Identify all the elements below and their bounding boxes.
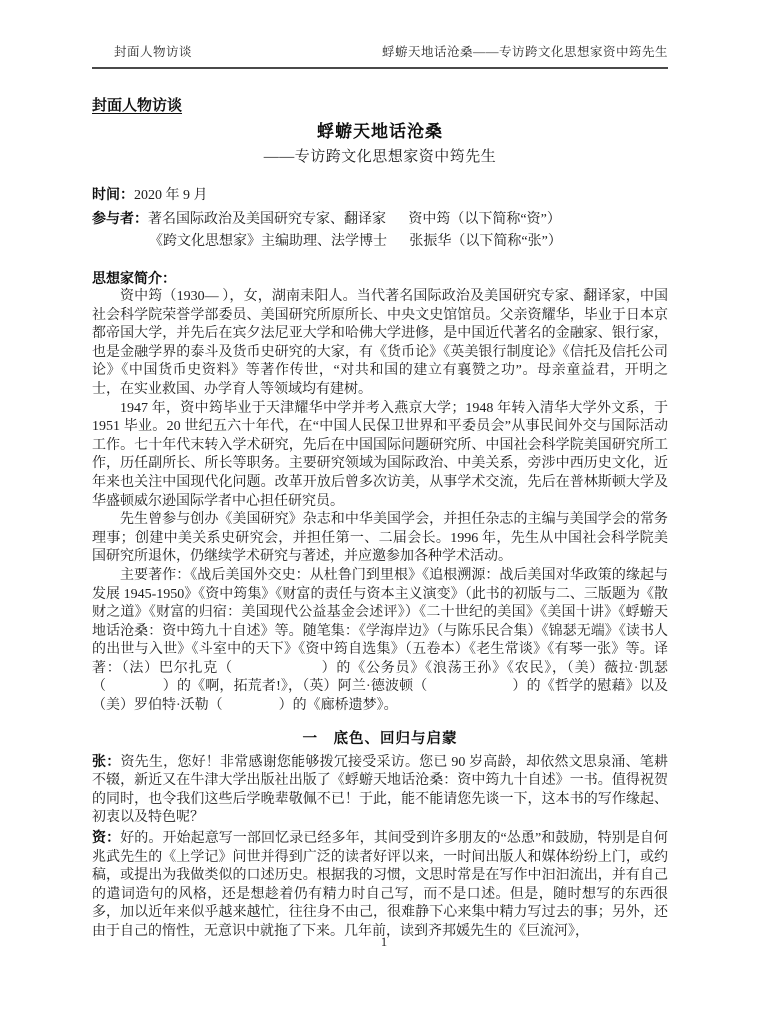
running-header-left: 封面人物访谈: [114, 42, 192, 60]
time-row: 时间：2020 年 9 月: [92, 183, 668, 207]
bio-paragraph: 资中筠（1930— ），女，湖南耒阳人。当代著名国际政治及美国研究专家、翻译家，…: [92, 288, 668, 400]
bio-heading: 思想家简介：: [92, 268, 668, 288]
dialogue-text: 好的。开始起意写一部回忆录已经多年，其间受到许多朋友的“怂恿”和鼓励，特别是自何…: [92, 831, 668, 939]
document-page: 封面人物访谈 蜉蝣天地话沧桑——专访跨文化思想家资中筠先生 封面人物访谈 蜉蝣天…: [0, 0, 768, 1024]
participant-role: 《跨文化思想家》主编助理、法学博士: [149, 234, 387, 249]
running-header-right: 蜉蝣天地话沧桑——专访跨文化思想家资中筠先生: [382, 42, 668, 60]
participant-name: 资中筠（以下简称“资”）: [408, 212, 560, 227]
speaker-label: 张：: [92, 753, 120, 769]
bio-paragraph: 主要著作：《战后美国外交史：从杜鲁门到里根》《追根溯源：战后美国对华政策的缘起与…: [92, 567, 668, 716]
speaker-label: 资：: [92, 829, 120, 845]
page-number: 1: [0, 935, 768, 950]
article-title: 蜉蝣天地话沧桑: [92, 117, 668, 142]
bio-paragraph: 先生曾参与创办《美国研究》杂志和中华美国学会，并担任杂志的主编与美国学会的常务理…: [92, 511, 668, 567]
time-label: 时间：: [92, 186, 134, 202]
section-heading: 一 底色、回归与启蒙: [92, 727, 668, 748]
column-label: 封面人物访谈: [92, 97, 182, 114]
bio-paragraph: 1947 年，资中筠毕业于天津耀华中学并考入燕京大学；1948 年转入清华大学外…: [92, 400, 668, 512]
dialogue-text: 资先生，您好！非常感谢您能够拨冗接受采访。您已 90 岁高龄，却依然文思泉涌、笔…: [92, 755, 668, 826]
participant-row: 参与者：著名国际政治及美国研究专家、翻译家资中筠（以下简称“资”）: [92, 207, 668, 231]
dialogue-paragraph: 资：好的。开始起意写一部回忆录已经多年，其间受到许多朋友的“怂恿”和鼓励，特别是…: [92, 828, 668, 942]
participant-row: 《跨文化思想家》主编助理、法学博士张振华（以下简称“张”）: [92, 231, 668, 253]
dialogue-paragraph: 张：资先生，您好！非常感谢您能够拨冗接受采访。您已 90 岁高龄，却依然文思泉涌…: [92, 752, 668, 828]
participant-role: 著名国际政治及美国研究专家、翻译家: [148, 212, 386, 227]
column-label-row: 封面人物访谈: [92, 94, 668, 115]
participant-name: 张振华（以下简称“张”）: [409, 234, 561, 249]
participants-label: 参与者：: [92, 210, 148, 226]
meta-block: 时间：2020 年 9 月 参与者：著名国际政治及美国研究专家、翻译家资中筠（以…: [92, 183, 668, 253]
article-subtitle: ——专访跨文化思想家资中筠先生: [92, 145, 668, 166]
time-value: 2020 年 9 月: [134, 188, 208, 203]
running-header: 封面人物访谈 蜉蝣天地话沧桑——专访跨文化思想家资中筠先生: [92, 42, 668, 69]
